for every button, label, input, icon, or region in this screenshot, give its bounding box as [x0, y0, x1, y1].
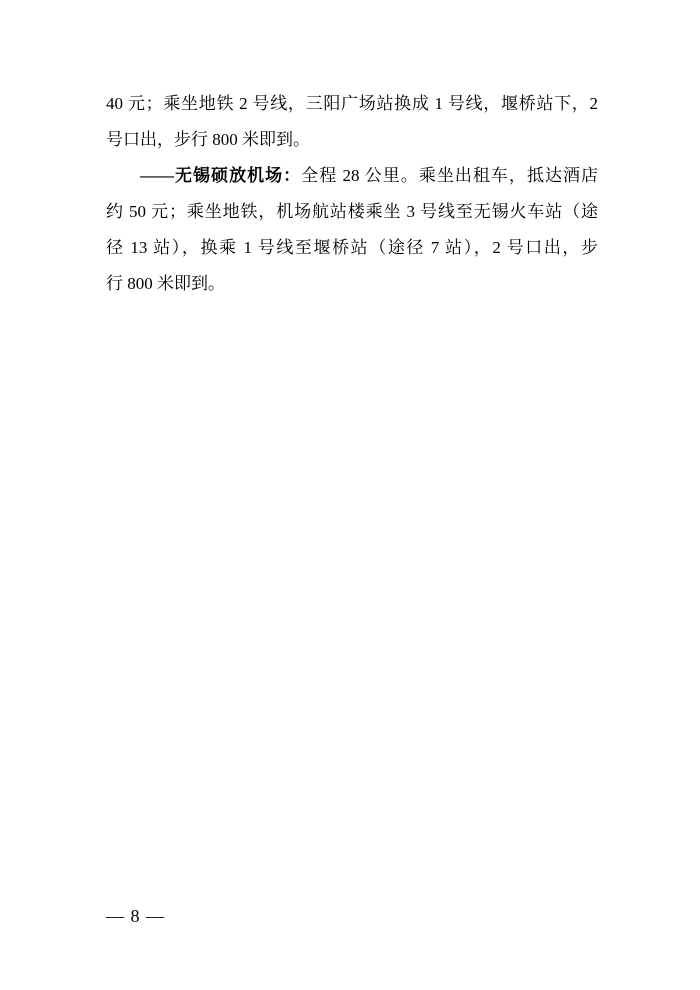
- text-run: 全程 28 公里。乘坐出租车，抵达酒店: [301, 166, 598, 185]
- paragraph-metro-line2-directions-continued: 40 元；乘坐地铁 2 号线，三阳广场站换成 1 号线，堰桥站下，2号口出，步行…: [106, 86, 598, 158]
- text-line: 行 800 米即到。: [106, 266, 598, 302]
- bold-text-run: ——无锡硕放机场：: [140, 166, 301, 185]
- page-footer: — 8 —: [106, 905, 165, 927]
- text-run: 行 800 米即到。: [106, 274, 225, 293]
- text-run: 号口出，步行 800 米即到。: [106, 130, 310, 149]
- text-line: 径 13 站），换乘 1 号线至堰桥站（途径 7 站），2 号口出，步: [106, 230, 598, 266]
- text-run: 40 元；乘坐地铁 2 号线，三阳广场站换成 1 号线，堰桥站下，2: [106, 94, 598, 113]
- text-line: 40 元；乘坐地铁 2 号线，三阳广场站换成 1 号线，堰桥站下，2: [106, 86, 598, 122]
- document-page: 40 元；乘坐地铁 2 号线，三阳广场站换成 1 号线，堰桥站下，2号口出，步行…: [0, 0, 700, 990]
- paragraph-wuxi-shuofang-airport-directions: ——无锡硕放机场：全程 28 公里。乘坐出租车，抵达酒店约 50 元；乘坐地铁，…: [106, 158, 598, 302]
- text-line: 号口出，步行 800 米即到。: [106, 122, 598, 158]
- text-line: 约 50 元；乘坐地铁，机场航站楼乘坐 3 号线至无锡火车站（途: [106, 194, 598, 230]
- text-run: 约 50 元；乘坐地铁，机场航站楼乘坐 3 号线至无锡火车站（途: [106, 202, 598, 221]
- text-run: 径 13 站），换乘 1 号线至堰桥站（途径 7 站），2 号口出，步: [106, 238, 598, 257]
- document-body: 40 元；乘坐地铁 2 号线，三阳广场站换成 1 号线，堰桥站下，2号口出，步行…: [106, 86, 598, 302]
- page-number: — 8 —: [106, 906, 165, 926]
- text-line: ——无锡硕放机场：全程 28 公里。乘坐出租车，抵达酒店: [106, 158, 598, 194]
